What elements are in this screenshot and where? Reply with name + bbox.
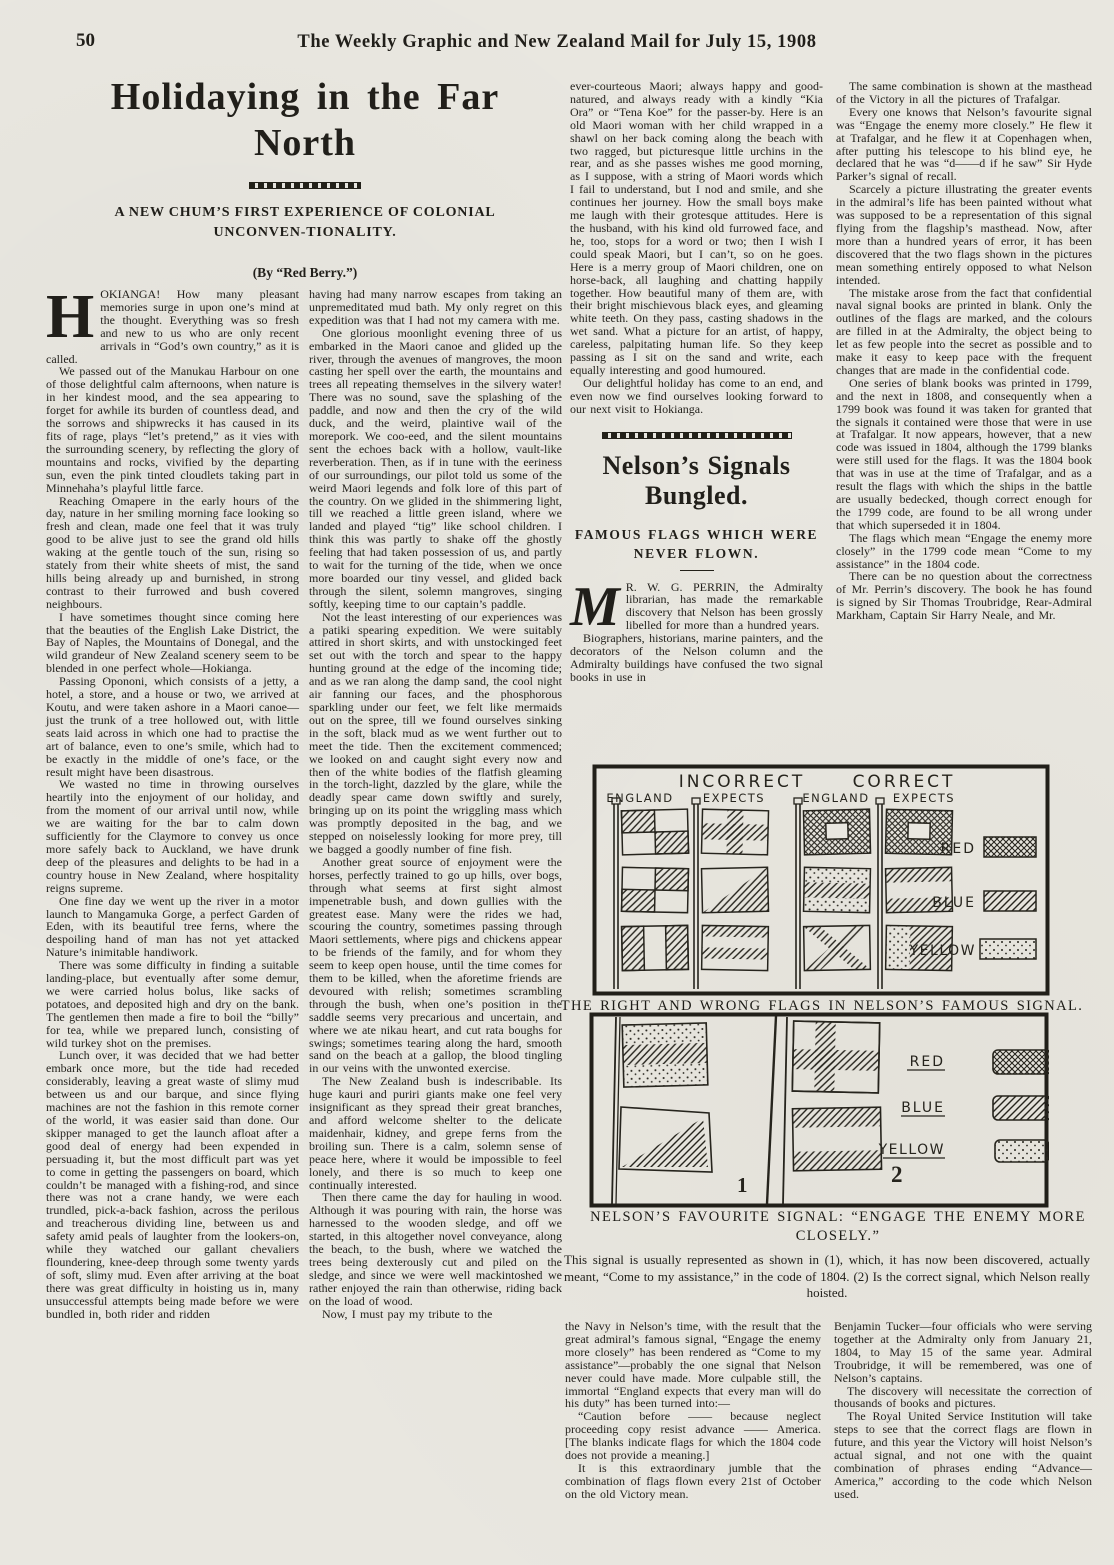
column-3: ever-courteous Maori; always happy and g…: [570, 80, 823, 684]
bottom-left-column: the Navy in Nelson’s time, with the resu…: [565, 1320, 821, 1501]
signal-group-1-number: 1: [737, 1173, 748, 1197]
article1-subtitle: A NEW CHUM’S FIRST EXPERIENCE OF COLONIA…: [70, 203, 540, 243]
figure-flags-comparison: INCORRECT CORRECT ENGLAND EXPECTS ENGLAN…: [592, 764, 1050, 996]
paragraph: the Navy in Nelson’s time, with the resu…: [565, 1320, 821, 1410]
paragraph: Lunch over, it was decided that we had b…: [46, 1049, 299, 1320]
figure1-label-incorrect: INCORRECT: [679, 772, 806, 792]
article1-header: Holidaying in the Far North A NEW CHUM’S…: [70, 74, 540, 281]
legend2-blue-label: BLUE: [901, 1100, 945, 1116]
paragraph: I have sometimes thought since coming he…: [46, 611, 299, 676]
paragraph: Our delightful holiday has come to an en…: [570, 377, 823, 416]
paragraph: The New Zealand bush is indescribable. I…: [309, 1075, 562, 1191]
paragraph: having had many narrow escapes from taki…: [309, 288, 562, 327]
paragraph: There was some difficulty in finding a s…: [46, 959, 299, 1049]
article1-title: Holidaying in the Far North: [70, 74, 540, 166]
legend-red-label: RED: [941, 841, 976, 857]
figure2-legend: RED BLUE YELLOW: [878, 1050, 1049, 1162]
paragraph: Biographers, historians, marine painters…: [570, 632, 823, 684]
legend-red-swatch: [984, 837, 1036, 857]
paragraph: The mistake arose from the fact that con…: [836, 287, 1092, 377]
paragraph: Scarcely a picture illustrating the grea…: [836, 183, 1092, 286]
legend2-red-label: RED: [910, 1054, 945, 1070]
figure2-note: This signal is usually represented as sh…: [564, 1252, 1090, 1302]
paragraph: Passing Opononi, which consists of a jet…: [46, 675, 299, 778]
legend-yellow-swatch: [980, 939, 1036, 959]
article2-column3-text: MR. W. G. PERRIN, the Admiralty libraria…: [570, 581, 823, 684]
paragraph: One glorious moonlight evening three of …: [309, 327, 562, 611]
legend2-yellow-label: YELLOW: [878, 1142, 945, 1158]
figure2-caption: NELSON’S FAVOURITE SIGNAL: “ENGAGE THE E…: [580, 1208, 1096, 1246]
figure1-pole3-label: ENGLAND: [802, 791, 869, 805]
column-1: HOKIANGA! How many pleasant memories sur…: [46, 288, 299, 1321]
figure1-label-correct: CORRECT: [853, 772, 956, 792]
paragraph: The Royal United Service Institution wil…: [834, 1410, 1092, 1500]
dropcap-letter: M: [570, 581, 626, 630]
article1-byline: (By “Red Berry.”): [70, 265, 540, 281]
incorrect-england-flags: [621, 809, 688, 970]
paragraph: We wasted no time in throwing ourselves …: [46, 778, 299, 894]
paragraph: The flags which mean “Engage the enemy m…: [836, 532, 1092, 571]
paragraph: “Caution before —— because neglect proce…: [565, 1410, 821, 1462]
paragraph: Then there came the day for hauling in w…: [309, 1191, 562, 1307]
signal-group-1: [619, 1023, 712, 1172]
paragraph: Reaching Omapere in the early hours of t…: [46, 495, 299, 611]
newspaper-page: 50 The Weekly Graphic and New Zealand Ma…: [0, 0, 1114, 1565]
legend2-yellow-swatch: [995, 1140, 1049, 1162]
article2-title: Nelson’s Signals Bungled.: [570, 451, 823, 511]
paragraph: Another great source of enjoyment were t…: [309, 856, 562, 1075]
legend2-red-swatch: [993, 1050, 1049, 1074]
paragraph: It is this extraordinary jumble that the…: [565, 1462, 821, 1501]
paragraph: We passed out of the Manukau Harbour on …: [46, 365, 299, 494]
subtitle-rule: [680, 570, 714, 571]
paragraph: One series of blank books was printed in…: [836, 377, 1092, 532]
incorrect-expects-flags: [701, 809, 768, 970]
paragraph: The same combination is shown at the mas…: [836, 80, 1092, 106]
paragraph: Benjamin Tucker—four officials who were …: [834, 1320, 1092, 1385]
column-4: The same combination is shown at the mas…: [836, 80, 1092, 622]
signal-group-2: [792, 1021, 881, 1171]
figure1-pole2-label: EXPECTS: [703, 791, 765, 805]
paragraph: ever-courteous Maori; always happy and g…: [570, 80, 823, 377]
legend-yellow-label: YELLOW: [909, 943, 976, 959]
paragraph: HOKIANGA! How many pleasant memories sur…: [46, 288, 299, 365]
paragraph: MR. W. G. PERRIN, the Admiralty libraria…: [570, 581, 823, 633]
paragraph: Not the least interesting of our experie…: [309, 611, 562, 856]
paragraph: Now, I must pay my tribute to the: [309, 1308, 562, 1321]
masthead-title: The Weekly Graphic and New Zealand Mail …: [0, 32, 1114, 53]
article-divider-rule: [602, 432, 792, 439]
figure-favourite-signal: 1 2 RED BLUE: [589, 1012, 1049, 1208]
flags-comparison-illustration: INCORRECT CORRECT ENGLAND EXPECTS ENGLAN…: [592, 764, 1050, 996]
paragraph: Every one knows that Nelson’s favourite …: [836, 106, 1092, 183]
article2-subtitle: FAMOUS FLAGS WHICH WERE NEVER FLOWN.: [570, 525, 823, 563]
signal-group-2-number: 2: [891, 1162, 903, 1187]
column-2: having had many narrow escapes from taki…: [309, 288, 562, 1321]
legend-blue-swatch: [984, 891, 1036, 911]
correct-england-flags: [803, 809, 870, 970]
paragraph: The discovery will necessitate the corre…: [834, 1385, 1092, 1411]
title-divider-rule: [249, 182, 361, 189]
dropcap-letter: H: [46, 288, 100, 343]
figure1-pole4-label: EXPECTS: [893, 791, 955, 805]
favourite-signal-illustration: 1 2 RED BLUE: [589, 1012, 1049, 1208]
bottom-right-column: Benjamin Tucker—four officials who were …: [834, 1320, 1092, 1501]
paragraph: There can be no question about the corre…: [836, 570, 1092, 622]
paragraph: One fine day we went up the river in a m…: [46, 895, 299, 960]
article1-column3-text: ever-courteous Maori; always happy and g…: [570, 80, 823, 416]
legend2-blue-swatch: [993, 1096, 1049, 1120]
legend-blue-label: BLUE: [932, 895, 976, 911]
